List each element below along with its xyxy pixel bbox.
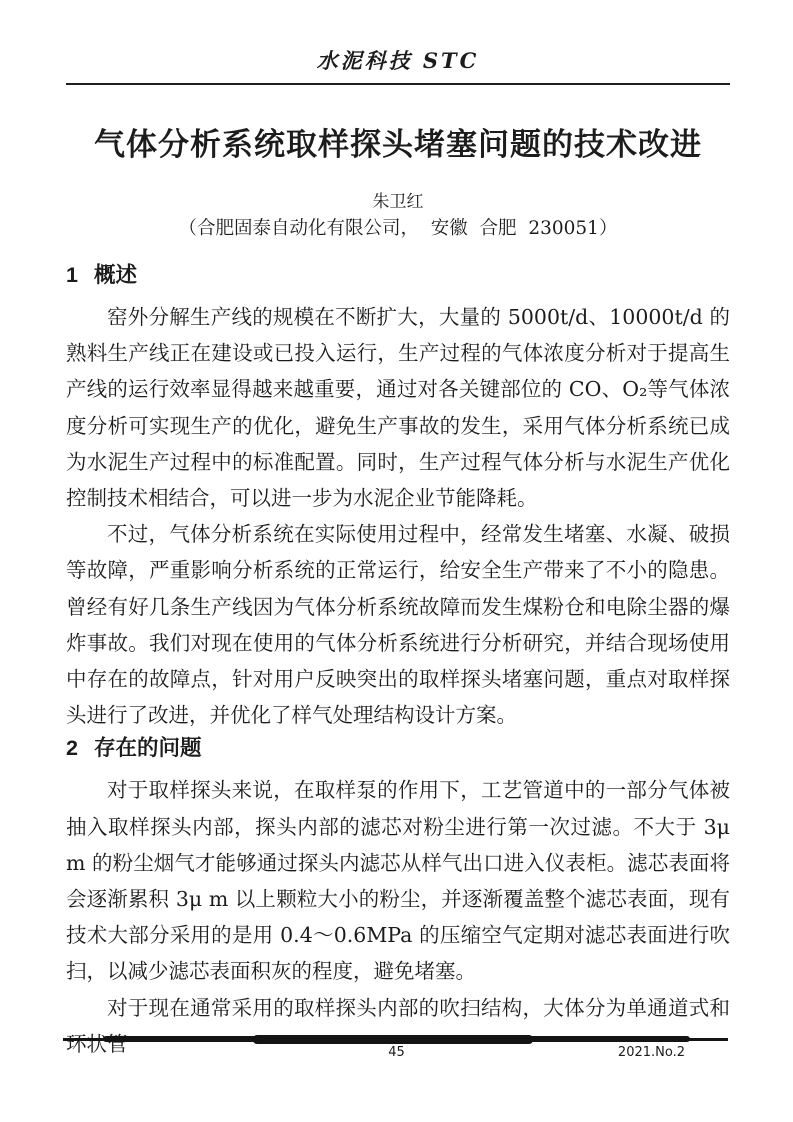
article-title: 气体分析系统取样探头堵塞问题的技术改进 <box>66 127 730 163</box>
section-title: 概述 <box>94 263 137 287</box>
section-title: 存在的问题 <box>94 736 202 760</box>
section-number: 1 <box>66 263 78 287</box>
journal-header: 水泥科技 STC <box>66 48 730 74</box>
footer-rule-blob-center <box>253 1035 533 1044</box>
header-rule <box>66 83 730 85</box>
paragraph: 窑外分解生产线的规模在不断扩大，大量的 5000t/d、10000t/d 的熟料… <box>66 299 730 516</box>
section-number: 2 <box>66 736 78 760</box>
page-footer: 45 2021.No.2 <box>63 1045 730 1063</box>
author-name: 朱卫红 <box>66 191 730 213</box>
paragraph: 不过，气体分析系统在实际使用过程中，经常发生堵塞、水凝、破损等故障，严重影响分析… <box>66 516 730 733</box>
section-heading-1: 1概述 <box>66 262 730 289</box>
page-number: 45 <box>388 1045 405 1060</box>
paragraph: 对于取样探头来说，在取样泵的作用下，工艺管道中的一部分气体被抽入取样探头内部，探… <box>66 772 730 989</box>
document-page: 水泥科技 STC 气体分析系统取样探头堵塞问题的技术改进 朱卫红 （合肥固泰自动… <box>0 0 793 1122</box>
author-affiliation: （合肥固泰自动化有限公司， 安徽 合肥 230051） <box>66 216 730 241</box>
section-heading-2: 2存在的问题 <box>66 735 730 762</box>
footer-rule <box>63 1034 730 1045</box>
issue-label: 2021.No.2 <box>618 1045 685 1061</box>
page-content: 水泥科技 STC 气体分析系统取样探头堵塞问题的技术改进 朱卫红 （合肥固泰自动… <box>66 0 730 1062</box>
